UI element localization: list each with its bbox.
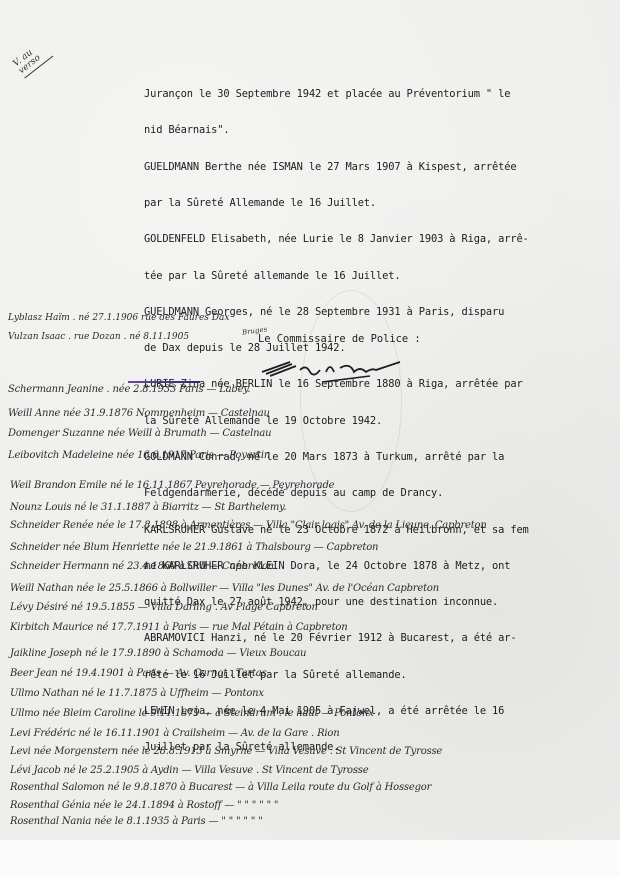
list-item: Rosenthal Génia née le 24.1.1894 à Rosto… [10, 800, 278, 811]
list-item: Beer Jean né 19.4.1901 à Paris — Av. Car… [10, 668, 267, 679]
typed-line: ABRAMOVICI Hanzi, né le 20 Février 1912 … [144, 632, 614, 644]
list-item: Rosenthal Nania née le 8.1.1935 à Paris … [10, 816, 263, 827]
list-item: Nounz Louis né le 31.1.1887 à Biarritz —… [10, 502, 286, 513]
list-item: Schermann Jeanine . née 2.8.1933 Paris —… [8, 384, 250, 395]
faded-stamp [300, 290, 402, 512]
list-item: Lévy Désiré né 19.5.1855 — Villa Darling… [10, 602, 318, 613]
typed-line: GUELDMANN Berthe née ISMAN le 27 Mars 19… [144, 161, 614, 173]
list-item: Weil Brandon Emile né le 16.11.1867 Peyr… [10, 480, 334, 491]
ink-underline [128, 381, 200, 383]
list-item: Lévi Jacob né le 25.2.1905 à Aydin — Vil… [10, 765, 368, 776]
list-item: Rosenthal Salomon né le 9.8.1870 à Bucar… [10, 782, 431, 793]
list-item: Jaikline Joseph né le 17.9.1890 à Schamo… [10, 648, 306, 659]
list-item: Leibovitch Madeleine née 16.6.1917 Paris… [8, 450, 270, 461]
list-item: Weill Anne née 31.9.1876 Nommenheim — Ca… [8, 408, 270, 419]
handwritten-entry: Lyblasz Haïm . né 27.1.1906 rue des Faur… [8, 313, 229, 323]
document-page: V. au verso Jurançon le 30 Septembre 194… [0, 0, 620, 877]
margin-note-verso: V. au verso [12, 40, 53, 79]
commissaire-title: Le Commissaire de Police : [258, 333, 421, 345]
list-item: Ullmo née Bleim Caroline le 9.11.1879 — … [10, 708, 374, 719]
typed-line: par la Sûreté Allemande le 16 Juillet. [144, 197, 614, 209]
list-item: Schneider Renée née le 17.8.1898 à Armen… [10, 520, 487, 531]
handwritten-entry: Vulzan Isaac . rue Dozan . né 8.11.1905 [8, 332, 189, 342]
signature-scrawl [260, 354, 410, 384]
list-item: Schneider Hermann né 23.4.1860 à Orli — … [10, 561, 274, 572]
list-item: Levi Frédéric né le 16.11.1901 à Crailsh… [10, 728, 339, 739]
list-item: Domenger Suzanne née Weill à Brumath — C… [8, 428, 271, 439]
blank-bottom-margin [0, 840, 620, 877]
list-item: Schneider née Blum Henriette née le 21.9… [10, 542, 378, 553]
list-item: Ullmo Nathan né le 11.7.1875 à Uffheim —… [10, 688, 264, 699]
typed-line: GOLDENFELD Elisabeth, née Lurie le 8 Jan… [144, 233, 614, 245]
typed-line: Jurançon le 30 Septembre 1942 et placée … [144, 88, 614, 100]
list-item: Levi née Morgenstern née le 28.8.1913 à … [10, 746, 442, 757]
typed-line: nid Béarnais". [144, 124, 614, 136]
typed-line: tée par la Sûreté allemande le 16 Juille… [144, 270, 614, 282]
list-item: Weill Nathan née le 25.5.1866 à Bollwill… [10, 583, 439, 594]
list-item: Kirbitch Maurice né 17.7.1911 à Paris — … [10, 622, 348, 633]
